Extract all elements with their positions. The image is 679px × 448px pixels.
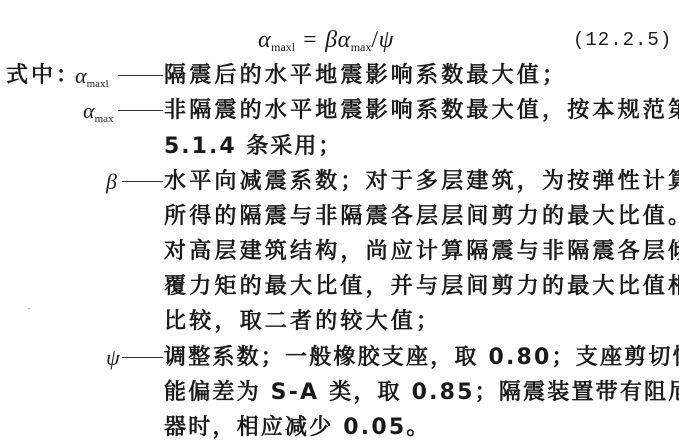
eq-psi: ψ (379, 27, 394, 53)
symbol-alpha-max: αmax (83, 93, 114, 137)
eq-lhs-symbol: α (258, 27, 271, 53)
definition-text: 非隔震的水平地震影响系数最大值，按本规范第 (164, 93, 679, 128)
symbol-subscript: max (95, 113, 114, 125)
definition-text: 比较，取二者的较大值； (164, 304, 441, 339)
definition-text: 覆力矩的最大比值，并与层间剪力的最大比值相 (164, 269, 679, 304)
eq-alpha: α (338, 27, 351, 53)
document-page: αmaxl=βαmax/ψ (12.2.5) 式中： αmaxl 隔震后的水平地… (0, 0, 679, 448)
equation: αmaxl=βαmax/ψ (258, 24, 394, 56)
symbol-glyph: α (75, 63, 87, 88)
symbol-subscript: maxl (87, 78, 109, 90)
eq-slash: / (371, 27, 378, 53)
eq-operator: = (303, 27, 317, 53)
eq-lhs-subscript: maxl (271, 40, 295, 54)
eq-rhs-subscript: max (351, 40, 372, 54)
definition-text: 对高层建筑结构，尚应计算隔震与非隔震各层倾 (164, 234, 679, 269)
definition-text: 调整系数；一般橡胶支座，取 0.80；支座剪切性 (164, 340, 679, 375)
eq-beta: β (325, 27, 337, 53)
em-dash-separator (118, 75, 163, 76)
definition-text: 能偏差为 S-A 类，取 0.85；隔震装置带有阻尼 (164, 375, 679, 410)
definition-text: 隔震后的水平地震影响系数最大值； (164, 58, 567, 93)
symbol-psi: ψ (106, 340, 120, 375)
definition-text: 器时，相应减少 0.05。 (164, 410, 431, 445)
em-dash-separator (122, 357, 163, 358)
scan-speck (28, 308, 30, 309)
symbol-glyph: α (83, 98, 95, 123)
definition-text: 所得的隔震与非隔震各层层间剪力的最大比值。 (164, 199, 679, 234)
symbol-beta: β (106, 164, 117, 199)
em-dash-separator (118, 110, 163, 111)
equation-number: (12.2.5) (573, 24, 672, 56)
definition-text: 水平向减震系数；对于多层建筑，为按弹性计算 (164, 164, 679, 199)
definition-text: 5.1.4 条采用； (164, 129, 342, 164)
where-label: 式中： (6, 58, 81, 93)
em-dash-separator (122, 181, 163, 182)
